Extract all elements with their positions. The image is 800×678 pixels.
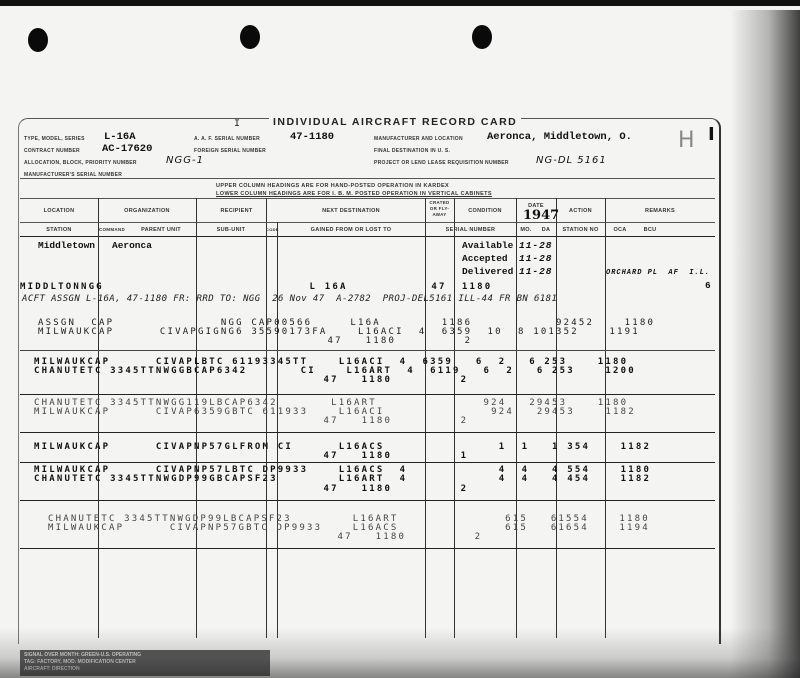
col-divider-7 — [556, 198, 557, 638]
project-number-value: NG-DL 5161 — [536, 155, 607, 166]
date-available: 11-28 — [519, 240, 553, 251]
tick-mark: I — [234, 119, 240, 130]
col-serial-number: SERIAL NUMBER — [425, 227, 516, 233]
lower-headings-note: LOWER COLUMN HEADINGS ARE FOR I. B. M. P… — [216, 191, 492, 197]
row-divider — [20, 394, 715, 395]
record-line: 47 1180 2 — [34, 484, 468, 494]
row-divider — [20, 432, 715, 433]
manufacturer-location-label: MANUFACTURER AND LOCATION — [374, 136, 463, 142]
project-number-label: PROJECT OR LEND LEASE REQUISITION NUMBER — [374, 160, 509, 166]
row-divider — [20, 350, 715, 351]
ibm-line-assignment: ACFT ASSGN L-16A, 47-1180 FR: RRD TO: NG… — [22, 294, 557, 304]
row-divider — [20, 548, 715, 549]
record-line: 47 1180 2 — [34, 416, 468, 426]
entry-organization: Aeronca — [112, 240, 152, 251]
entry-station: Middletown — [38, 240, 95, 251]
remark-number: 6 — [705, 280, 711, 291]
col-code: CODE — [266, 227, 277, 232]
col-station-no: STATION NO — [556, 227, 605, 233]
col-organization: ORGANIZATION — [98, 208, 196, 214]
record-line: CHANUTETC 3345TTNWGDP99GBCAPSF23 L16ART … — [34, 474, 651, 484]
col-gained-lost: GAINED FROM OR LOST TO — [277, 227, 425, 233]
row-divider — [20, 462, 715, 463]
col-month: MO. — [516, 227, 536, 233]
pencil-mark: H — [678, 128, 695, 153]
type-model-series-label: TYPE, MODEL, SERIES — [24, 136, 85, 142]
col-oca: OCA — [605, 227, 635, 233]
header-divider — [20, 178, 715, 179]
contract-number-value: AC-17620 — [102, 143, 152, 155]
margin-mark: I — [708, 124, 715, 145]
record-line: 47 1180 2 — [34, 375, 468, 385]
col-location: LOCATION — [20, 208, 98, 214]
record-line: 47 1180 2 — [48, 532, 482, 542]
col-parent-unit: PARENT UNIT — [126, 227, 196, 233]
scan-shadow-right — [730, 10, 800, 678]
col-divider-8 — [605, 198, 606, 638]
final-destination-label: FINAL DESTINATION IN U. S. — [374, 148, 450, 154]
col-recipient: RECIPIENT — [196, 208, 277, 214]
record-line: 47 1180 2 — [38, 336, 472, 346]
col-crated-fly-away: CRATED OR FLY-AWAY — [425, 200, 454, 218]
aaf-serial-label: A. A. F. SERIAL NUMBER — [194, 136, 260, 142]
col-divider-6 — [516, 198, 517, 638]
col-sub-unit: SUB-UNIT — [196, 227, 266, 233]
punch-hole-left — [28, 28, 48, 52]
manufacturer-location-value: Aeronca, Middletown, O. — [487, 131, 632, 143]
condition-available: Available — [462, 240, 513, 251]
foreign-serial-label: FOREIGN SERIAL NUMBER — [194, 148, 266, 154]
date-accepted: 11-28 — [519, 253, 553, 264]
condition-delivered: Delivered — [462, 266, 513, 277]
handwritten-remark: ORCHARD PL AF I.L. — [606, 269, 710, 277]
upper-headings-note: UPPER COLUMN HEADINGS ARE FOR HAND-POSTE… — [216, 183, 449, 189]
punch-hole-center — [240, 25, 260, 49]
punch-hole-right — [472, 25, 492, 49]
date-year: 1947 — [523, 208, 559, 223]
allocation-label: ALLOCATION, BLOCK, PRIORITY NUMBER — [24, 160, 137, 166]
type-model-series-value: L-16A — [104, 131, 136, 143]
col-station: STATION — [20, 227, 98, 233]
ibm-line-initial: MIDDLTONNGG L 16A 47 1180 — [20, 282, 492, 292]
column-header-mid — [20, 222, 715, 223]
contract-number-label: CONTRACT NUMBER — [24, 148, 80, 154]
allocation-value: NGG-1 — [166, 155, 204, 166]
column-header-top — [20, 198, 715, 199]
col-command: COMMAND — [98, 227, 126, 232]
scan-top-edge — [0, 0, 800, 6]
column-header-bottom — [20, 236, 715, 237]
condition-accepted: Accepted — [462, 253, 508, 264]
col-day: DA — [536, 227, 556, 233]
col-bcu: BCU — [635, 227, 665, 233]
card-title: INDIVIDUAL AIRCRAFT RECORD CARD — [269, 116, 521, 128]
col-condition: CONDITION — [454, 208, 516, 214]
col-remarks: REMARKS — [605, 208, 715, 214]
col-next-destination: NEXT DESTINATION — [277, 208, 425, 214]
aaf-serial-value: 47-1180 — [290, 131, 334, 143]
row-divider — [20, 500, 715, 501]
date-delivered: 11-28 — [519, 266, 553, 277]
record-line: 47 1180 1 — [34, 451, 468, 461]
col-action: ACTION — [556, 208, 605, 214]
scan-shadow-bottom — [0, 628, 800, 678]
